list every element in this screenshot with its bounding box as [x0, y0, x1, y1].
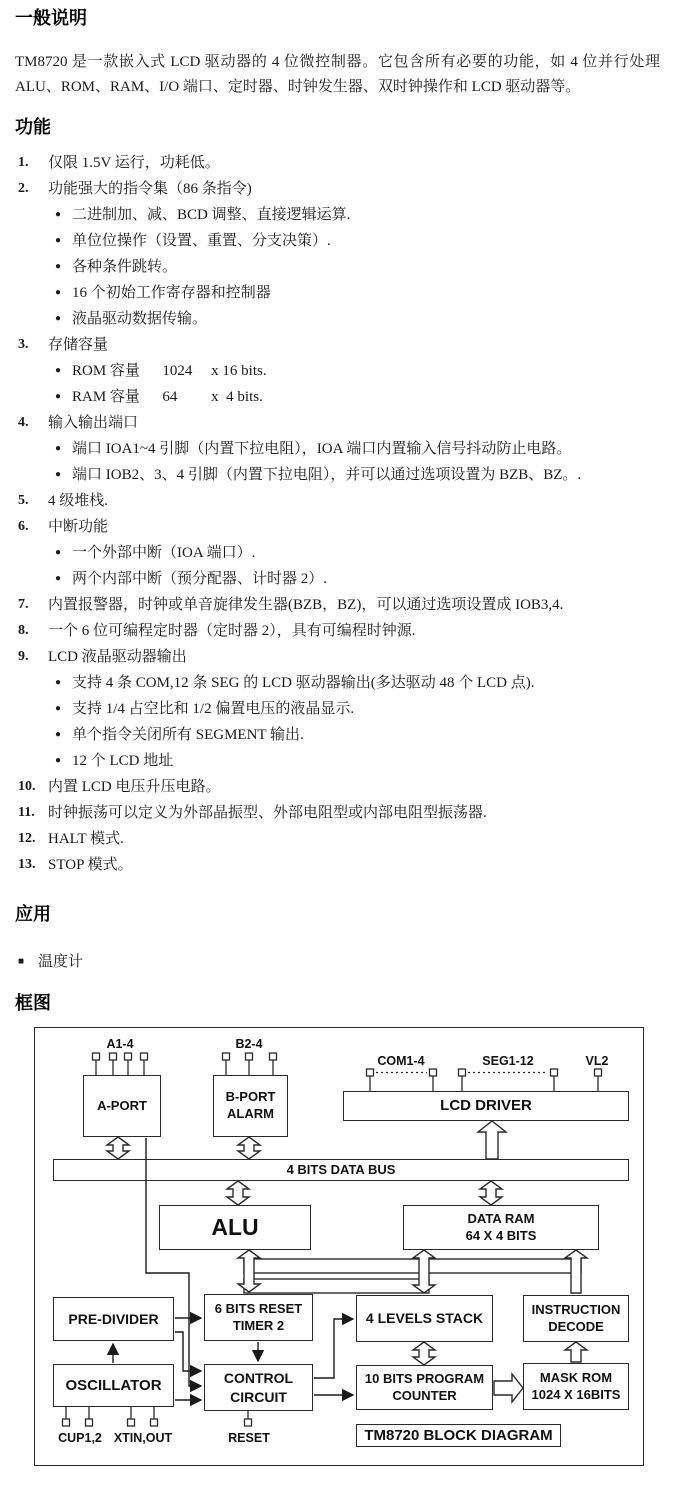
bullet-text: 单位位操作（设置、重置、分支决策）.: [72, 228, 331, 254]
bullet-icon: ●: [55, 358, 72, 384]
item-text: 输入输出端口: [48, 410, 138, 436]
item-number: 1.: [18, 150, 48, 176]
feature-bullet: ●ROM 容量 1024 x 16 bits.: [55, 358, 676, 384]
section-title-applications: 应用: [15, 903, 676, 925]
pin-label-cup12: CUP1,2: [58, 1431, 102, 1446]
feature-bullet: ●一个外部中断（IOA 端口）.: [55, 540, 676, 566]
bullet-icon: ●: [55, 696, 72, 722]
bullet-icon: ●: [55, 280, 72, 306]
bullet-text: RAM 容量 64 x 4 bits.: [72, 384, 263, 410]
pin-label-xtinout: XTIN,OUT: [114, 1431, 172, 1446]
diagram-caption: TM8720 BLOCK DIAGRAM: [356, 1424, 561, 1447]
feature-bullet: ●支持 1/4 占空比和 1/2 偏置电压的液晶显示.: [55, 696, 676, 722]
feature-item: 12.HALT 模式.: [0, 826, 676, 852]
item-number: 11.: [18, 800, 48, 826]
item-number: 2.: [18, 176, 48, 202]
block-data-bus: 4 BITS DATA BUS: [53, 1159, 629, 1181]
feature-bullet: ●二进制加、减、BCD 调整、直接逻辑运算.: [55, 202, 676, 228]
feature-bullet: ●12 个 LCD 地址: [55, 748, 676, 774]
application-item: ■ 温度计: [18, 949, 676, 975]
bullet-icon: ●: [55, 202, 72, 228]
bullet-icon: ●: [55, 748, 72, 774]
bullet-icon: ●: [55, 254, 72, 280]
pin-label-reset: RESET: [228, 1431, 270, 1446]
item-text: LCD 液晶驱动器输出: [48, 644, 187, 670]
bullet-icon: ●: [55, 436, 72, 462]
block-timer2: 6 BITS RESET TIMER 2: [204, 1294, 313, 1341]
pin-label-b2-4: B2-4: [235, 1037, 262, 1052]
feature-bullet: ●16 个初始工作寄存器和控制器: [55, 280, 676, 306]
feature-item: 6.中断功能: [0, 514, 676, 540]
section-title-features: 功能: [15, 116, 676, 138]
item-text: 中断功能: [48, 514, 108, 540]
bullet-text: ROM 容量 1024 x 16 bits.: [72, 358, 267, 384]
item-number: 12.: [18, 826, 48, 852]
internal-bus-rails: [244, 1259, 581, 1293]
feature-bullet: ●两个内部中断（预分配器、计时器 2）.: [55, 566, 676, 592]
bullet-text: 两个内部中断（预分配器、计时器 2）.: [72, 566, 327, 592]
feature-item: 7.内置报警器，时钟或单音旋律发生器(BZB，BZ)，可以通过选项设置成 IOB…: [0, 592, 676, 618]
block-instruction-decode: INSTRUCTION DECODE: [523, 1295, 629, 1342]
block-mask-rom: MASK ROM 1024 X 16BITS: [523, 1363, 629, 1410]
square-bullet-icon: ■: [18, 949, 38, 975]
item-text: 一个 6 位可编程定时器（定时器 2），具有可编程时钟源.: [48, 618, 416, 644]
bullet-text: 二进制加、减、BCD 调整、直接逻辑运算.: [72, 202, 350, 228]
item-text: 时钟振荡可以定义为外部晶振型、外部电阻型或内部电阻型振荡器.: [48, 800, 487, 826]
feature-item: 11.时钟振荡可以定义为外部晶振型、外部电阻型或内部电阻型振荡器.: [0, 800, 676, 826]
bullet-icon: ●: [55, 462, 72, 488]
bullet-text: 支持 1/4 占空比和 1/2 偏置电压的液晶显示.: [72, 696, 354, 722]
feature-item: 9.LCD 液晶驱动器输出: [0, 644, 676, 670]
item-text: 内置报警器，时钟或单音旋律发生器(BZB，BZ)，可以通过选项设置成 IOB3,…: [48, 592, 563, 618]
item-number: 9.: [18, 644, 48, 670]
item-number: 13.: [18, 852, 48, 878]
item-number: 6.: [18, 514, 48, 540]
bullet-icon: ●: [55, 306, 72, 332]
bullet-text: 单个指令关闭所有 SEGMENT 输出.: [72, 722, 304, 748]
item-text: 内置 LCD 电压升压电路。: [48, 774, 221, 800]
feature-item: 2.功能强大的指令集（86 条指令): [0, 176, 676, 202]
feature-item: 4.输入输出端口: [0, 410, 676, 436]
section-title-general: 一般说明: [15, 0, 676, 29]
block-program-counter: 10 BITS PROGRAM COUNTER: [356, 1365, 493, 1410]
pin-label-seg1-12: SEG1-12: [482, 1054, 533, 1069]
block-diagram: A1-4 B2-4 COM1-4 SEG1-12 VL2 CUP1,2 XTIN…: [34, 1027, 644, 1466]
bullet-text: 支持 4 条 COM,12 条 SEG 的 LCD 驱动器输出(多达驱动 48 …: [72, 670, 535, 696]
block-alu: ALU: [159, 1205, 311, 1250]
item-number: 7.: [18, 592, 48, 618]
feature-item: 5.4 级堆栈.: [0, 488, 676, 514]
feature-item: 1.仅限 1.5V 运行，功耗低。: [0, 150, 676, 176]
feature-bullet: ●单个指令关闭所有 SEGMENT 输出.: [55, 722, 676, 748]
item-number: 10.: [18, 774, 48, 800]
block-control-circuit: CONTROL CIRCUIT: [204, 1364, 313, 1411]
block-oscillator: OSCILLATOR: [53, 1364, 174, 1407]
block-stack: 4 LEVELS STACK: [356, 1295, 493, 1342]
item-text: 仅限 1.5V 运行，功耗低。: [48, 150, 220, 176]
feature-item: 10.内置 LCD 电压升压电路。: [0, 774, 676, 800]
feature-bullet: ●各种条件跳转。: [55, 254, 676, 280]
bullet-text: 液晶驱动数据传输。: [72, 306, 207, 332]
block-data-ram: DATA RAM 64 X 4 BITS: [403, 1205, 599, 1250]
feature-bullet: ●液晶驱动数据传输。: [55, 306, 676, 332]
bullet-text: 各种条件跳转。: [72, 254, 177, 280]
bullet-text: 12 个 LCD 地址: [72, 748, 173, 774]
feature-bullet: ●端口 IOB2、3、4 引脚（内置下拉电阻），并可以通过选项设置为 BZB、B…: [55, 462, 676, 488]
item-number: 4.: [18, 410, 48, 436]
item-text: STOP 模式。: [48, 852, 133, 878]
block-lcd-driver: LCD DRIVER: [343, 1091, 629, 1121]
block-pre-divider: PRE-DIVIDER: [53, 1297, 174, 1341]
block-b-port-alarm: B-PORT ALARM: [213, 1075, 288, 1137]
feature-item: 13.STOP 模式。: [0, 852, 676, 878]
feature-bullet: ●RAM 容量 64 x 4 bits.: [55, 384, 676, 410]
pin-label-com1-4: COM1-4: [377, 1054, 424, 1069]
feature-item: 3.存储容量: [0, 332, 676, 358]
feature-bullet: ●端口 IOA1~4 引脚（内置下拉电阻），IOA 端口内置输入信号抖动防止电路…: [55, 436, 676, 462]
bullet-icon: ●: [55, 228, 72, 254]
item-number: 8.: [18, 618, 48, 644]
section-title-block-diagram: 框图: [15, 992, 676, 1014]
pin-label-a1-4: A1-4: [106, 1037, 133, 1052]
bullet-text: 16 个初始工作寄存器和控制器: [72, 280, 271, 306]
item-text: 4 级堆栈.: [48, 488, 108, 514]
item-number: 5.: [18, 488, 48, 514]
intro-paragraph: TM8720 是一款嵌入式 LCD 驱动器的 4 位微控制器。它包含所有必要的功…: [15, 50, 660, 100]
bullet-icon: ●: [55, 384, 72, 410]
item-text: HALT 模式.: [48, 826, 124, 852]
bullet-icon: ●: [55, 722, 72, 748]
bullet-text: 一个外部中断（IOA 端口）.: [72, 540, 255, 566]
features-list: 1.仅限 1.5V 运行，功耗低。 2.功能强大的指令集（86 条指令) ●二进…: [0, 150, 676, 878]
pin-label-vl2: VL2: [586, 1054, 609, 1069]
item-text: 存储容量: [48, 332, 108, 358]
bullet-text: 端口 IOB2、3、4 引脚（内置下拉电阻），并可以通过选项设置为 BZB、BZ…: [72, 462, 581, 488]
block-a-port: A-PORT: [83, 1075, 161, 1137]
bullet-text: 端口 IOA1~4 引脚（内置下拉电阻），IOA 端口内置输入信号抖动防止电路。: [72, 436, 571, 462]
bullet-icon: ●: [55, 566, 72, 592]
feature-bullet: ●单位位操作（设置、重置、分支决策）.: [55, 228, 676, 254]
item-text: 功能强大的指令集（86 条指令): [48, 176, 252, 202]
feature-bullet: ●支持 4 条 COM,12 条 SEG 的 LCD 驱动器输出(多达驱动 48…: [55, 670, 676, 696]
datasheet-page: { "icons": { "bullet": "●", "square": "■…: [0, 0, 676, 1490]
feature-item: 8.一个 6 位可编程定时器（定时器 2），具有可编程时钟源.: [0, 618, 676, 644]
application-text: 温度计: [38, 949, 83, 975]
item-number: 3.: [18, 332, 48, 358]
bullet-icon: ●: [55, 670, 72, 696]
bullet-icon: ●: [55, 540, 72, 566]
